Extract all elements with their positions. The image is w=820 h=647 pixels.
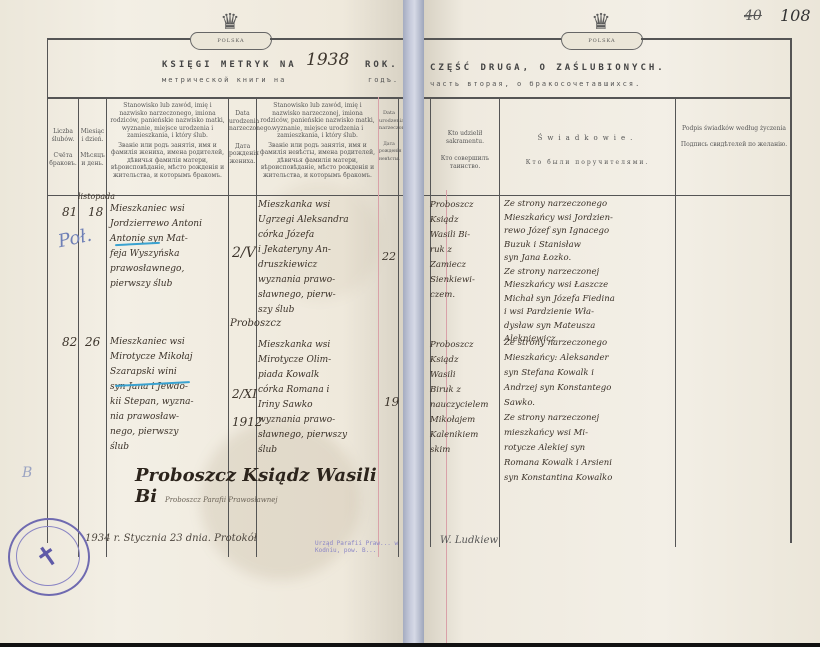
register-book-spread: ♛ POLSKA KSIĘGI METRYK NA 1938 ROK. метр… [0, 0, 820, 643]
priest-signature-under: Proboszcz Parafii Prawosławnej [165, 496, 278, 504]
annotation-1934: 1934 r. Stycznia 23 dnia. Protokół [85, 533, 257, 544]
entry-day: 18 [88, 205, 103, 219]
header-bride-details: Stanowisko lub zawód, imię i nazwisko na… [259, 102, 376, 179]
entry-bride-birth: 19 [384, 395, 399, 409]
left-page: ♛ POLSKA KSIĘGI METRYK NA 1938 ROK. метр… [0, 0, 403, 643]
entry-bride-text: Mieszkanka wsi Ugrzegi Aleksandra córka … [258, 198, 383, 318]
emblem: ♛ POLSKA [190, 10, 270, 52]
entry-number: 82 [62, 335, 77, 349]
entry-month-note: listopada [78, 192, 115, 201]
crossed-page-number: 40 [744, 8, 762, 24]
part-title-polish: CZĘŚĆ DRUGA, O ZAŚLUBIONYCH. [430, 63, 666, 73]
header-witnesses: Świadkowie. Кто были поручителями. [500, 135, 675, 166]
entry-number: 81 [62, 205, 77, 219]
header-groom-birth: Data urodzenia narzeczonego. Дата рожден… [229, 110, 256, 165]
stamp-line: Urząd Parafii Praw... w Kodniu, pow. B..… [315, 540, 403, 554]
entry-witnesses-text: Ze strony narzeczonego Mieszkańcy: Aleks… [504, 336, 679, 486]
entry-officiant-text: Proboszcz Ksiądz Wasili Bi- ruk z Zamiec… [430, 198, 500, 303]
header-month-day: Miesiąc i dzień. Мѣсяцъ и день. [79, 128, 106, 167]
register-title-year-suffix: ROK. [365, 60, 399, 70]
left-margin-mark: B [22, 465, 32, 481]
signature-bottom: W. Ludkiew [440, 535, 498, 546]
parish-stamp: ✝ [8, 518, 90, 596]
right-page: 40 108 ♛ POLSKA CZĘŚĆ DRUGA, O ZAŚLUBION… [424, 0, 820, 643]
priest-signature-upper: Proboszcz [230, 318, 281, 329]
entry-groom-text: Mieszkaniec wsi Mirotycze Mikołaj Szarap… [110, 335, 230, 455]
year-handwritten: 1938 [306, 50, 349, 70]
margin-note-pol: Poł. [56, 225, 93, 253]
header-witness-signatures: Podpis świadków według życzenia Подпись … [680, 125, 788, 148]
entry-groom-text: Mieszkaniec wsi Jordzierrewo Antoni Anto… [110, 202, 230, 292]
header-groom-details: Stanowisko lub zawód, imię i nazwisko na… [110, 102, 225, 179]
entry-bride-birth: 22 [382, 250, 396, 263]
book-gutter [403, 0, 424, 647]
entry-bride-text: Mieszkanka wsi Mirotycze Olim- piada Kow… [258, 338, 383, 458]
emblem-ribbon: POLSKA [561, 32, 643, 50]
emblem: ♛ POLSKA [561, 10, 641, 52]
emblem-ribbon: POLSKA [190, 32, 272, 50]
entry-officiant-text: Proboszcz Ksiądz Wasili Biruk z nauczyci… [430, 338, 500, 458]
header-bride-birth: Data urodzenia narzeczonej. Дата рождені… [379, 110, 399, 163]
entry-witnesses-text: Ze strony narzeczonego Mieszkańcy wsi Jo… [504, 198, 679, 347]
header-officiant: Kto udzielił sakramentu. Кто совершилъ т… [431, 130, 499, 170]
register-title-russian-suffix: годъ. [368, 76, 399, 84]
part-title-russian: часть вторая, о бракосочетавшихся. [430, 80, 641, 88]
register-title-russian: метрической книги на [162, 76, 286, 84]
header-marriage-count: Liczba ślubów. Счёта браковъ. [48, 128, 78, 167]
page-number: 108 [780, 6, 811, 25]
entry-groom-birth: 2/V [232, 245, 256, 261]
register-title-polish: KSIĘGI METRYK NA [162, 60, 297, 70]
entry-day: 26 [85, 335, 100, 349]
